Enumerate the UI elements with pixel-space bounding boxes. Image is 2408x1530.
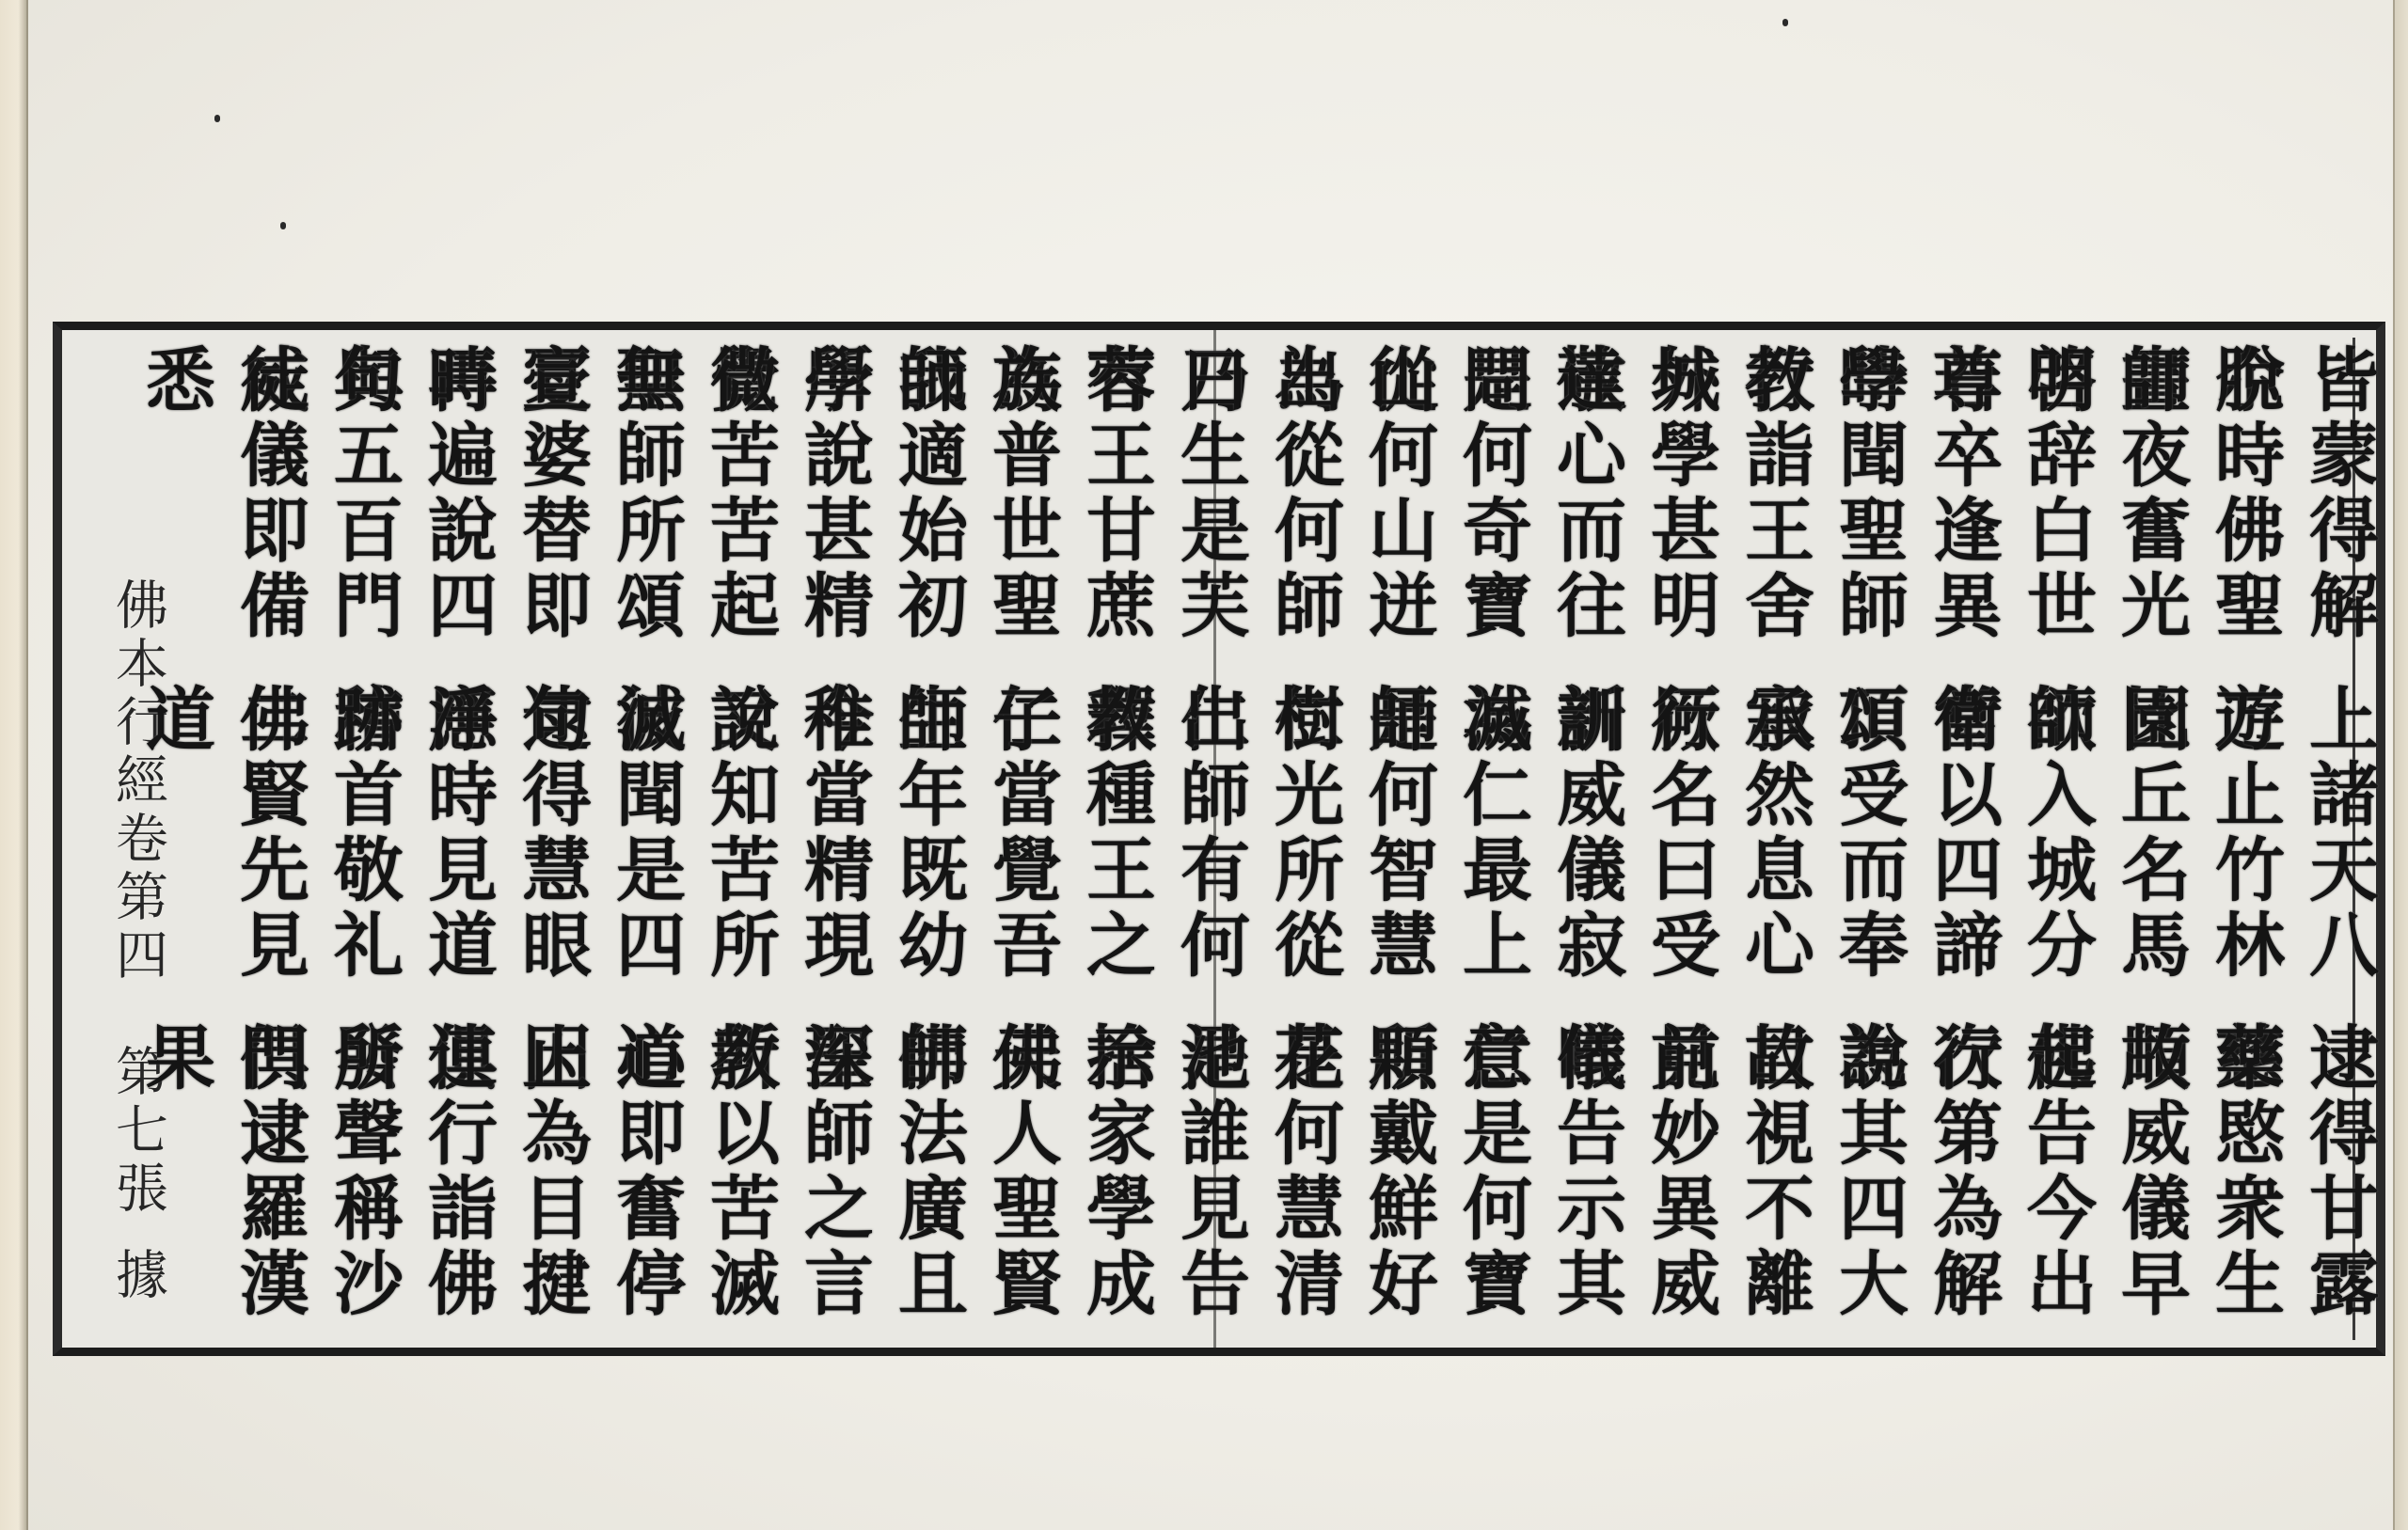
verse-segment: 逮得甘露藥 (2197, 1021, 2385, 1340)
ink-speck (214, 115, 220, 122)
binding-edge-left (0, 0, 28, 1530)
scanned-page: 皆蒙得解脫 上諸天八万 逮得甘露藥 尒時佛聖師 遊止竹林園 慈愍衆生故 晝夜奮光… (0, 0, 2408, 1530)
text-columns: 皆蒙得解脫 上諸天八万 逮得甘露藥 尒時佛聖師 遊止竹林園 慈愍衆生故 晝夜奮光… (119, 338, 2338, 1340)
ink-speck (1782, 19, 1788, 26)
verse-segment: 上諸天八万 (2197, 683, 2385, 1002)
printed-frame: 皆蒙得解脫 上諸天八万 逮得甘露藥 尒時佛聖師 遊止竹林園 慈愍衆生故 晝夜奮光… (53, 322, 2385, 1356)
binding-edge-right (2393, 0, 2408, 1530)
ink-speck (280, 222, 286, 229)
verse-segment: 皆蒙得解脫 (2197, 343, 2385, 662)
text-column-1: 皆蒙得解脫 上諸天八万 逮得甘露藥 (2244, 338, 2338, 1340)
